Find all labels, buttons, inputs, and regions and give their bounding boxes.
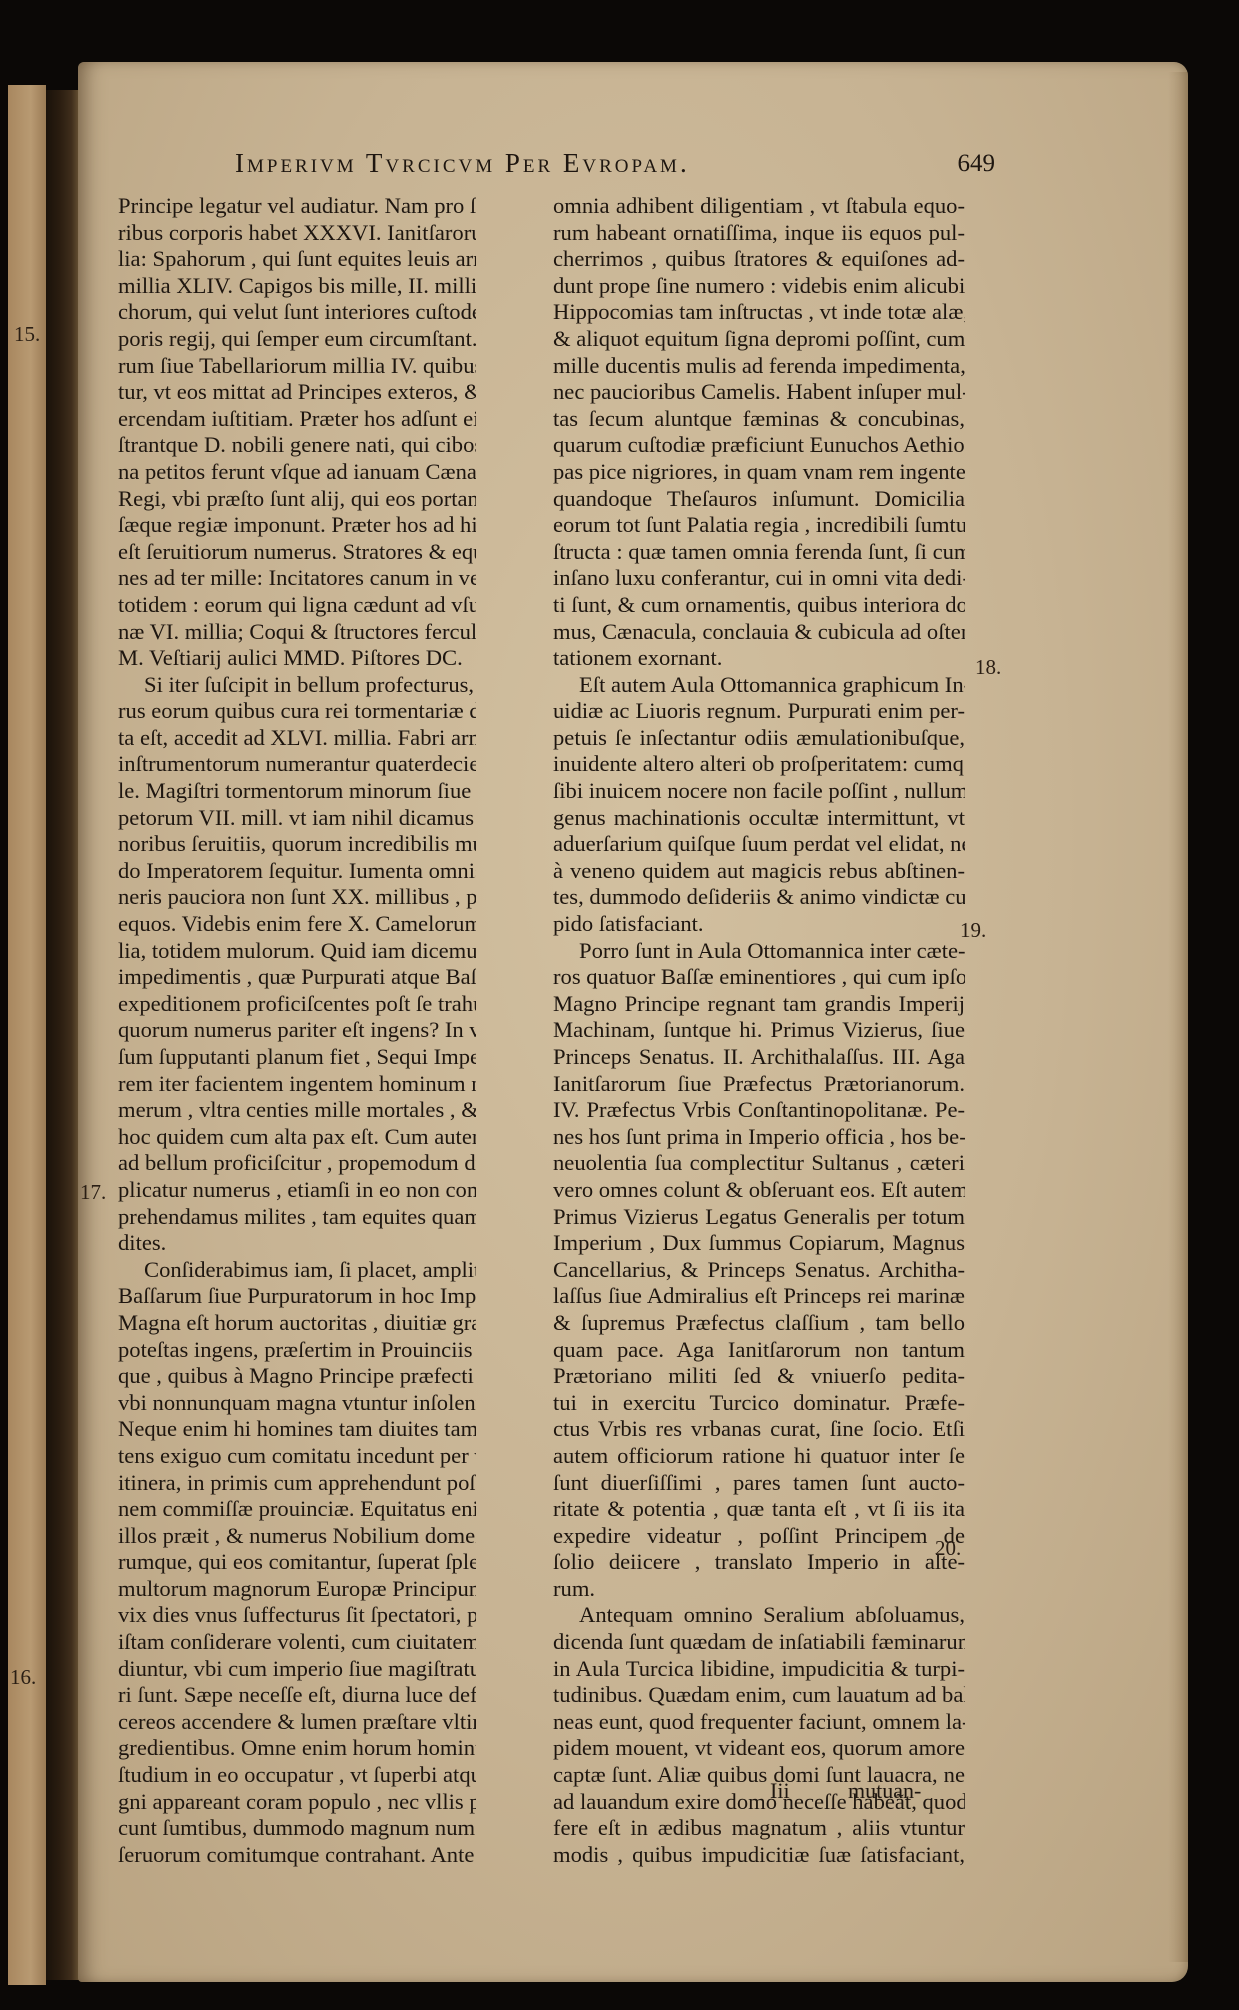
text-line: dunt prope ſine numero : videbis enim al… xyxy=(553,273,965,300)
text-line: rus eorum quibus cura rei tormentariæ de… xyxy=(118,698,476,725)
text-line: ſæque regiæ imponunt. Præter hos ad hinc… xyxy=(118,512,476,539)
text-line: tudinibus. Quædam enim, cum lauatum ad b… xyxy=(553,1682,965,1709)
catchword: mutuan- xyxy=(848,1778,921,1804)
text-line: Conſiderabimus iam, ſi placet, amplitudi… xyxy=(118,1257,476,1284)
text-line: mille ducentis mulis ad ferenda impedime… xyxy=(553,353,965,380)
text-line: aduerſarium quiſque ſuum perdat vel elid… xyxy=(553,831,965,858)
text-line: ſunt diuerſiſſimi , pares tamen ſunt auc… xyxy=(553,1470,965,1497)
text-line: poteſtas ingens, præſertim in Prouinciis… xyxy=(118,1337,476,1364)
text-line: tes, dummodo deſideriis & animo vindictæ… xyxy=(553,884,965,911)
text-line: fere eſt in ædibus magnatum , aliis vtun… xyxy=(553,1815,965,1842)
left-text-column: Principe legatur vel audiatur. Nam pro ſ… xyxy=(118,193,476,1868)
running-title: Imperivm Tvrcicvm Per Evropam. xyxy=(235,148,690,179)
text-line: totidem : eorum qui ligna cædunt ad vſum… xyxy=(118,592,476,619)
text-line: Magno Principe regnant tam grandis Imper… xyxy=(553,991,965,1018)
text-line: ſtrantque D. nobili genere nati, qui cib… xyxy=(118,432,476,459)
text-line: M. Veſtiarij aulici MMD. Piſtores DC. xyxy=(118,645,476,672)
text-line: gni appareant coram populo , nec vllis p… xyxy=(118,1789,476,1816)
text-line: ri ſunt. Sæpe neceſſe eſt, diurna luce d… xyxy=(118,1682,476,1709)
text-line: Primus Vizierus Legatus Generalis per to… xyxy=(553,1204,965,1231)
text-line: IV. Præfectus Vrbis Conſtantinopolitanæ.… xyxy=(553,1097,965,1124)
book-spine-shadow xyxy=(46,90,80,1980)
signature-mark: Iii xyxy=(770,1778,790,1804)
text-line: rem iter facientem ingentem hominum nu- xyxy=(118,1071,476,1098)
text-line: ſeruorum comitumque contrahant. Ante xyxy=(118,1842,476,1869)
text-line: Baſſarum ſiue Purpuratorum in hoc Imperi… xyxy=(118,1283,476,1310)
text-line: mus, Cænacula, conclauia & cubicula ad o… xyxy=(553,619,965,646)
text-line: rumque, qui eos comitantur, ſuperat ſple… xyxy=(118,1549,476,1576)
margin-number-15: 15. xyxy=(14,322,40,347)
text-line: multorum magnorum Europæ Principum , vt xyxy=(118,1576,476,1603)
text-line: neas eunt, quod frequenter faciunt, omne… xyxy=(553,1709,965,1736)
text-line: cherrimos , quibus ſtratores & equiſones… xyxy=(553,246,965,273)
text-line: neuolentia ſua complectitur Sultanus , c… xyxy=(553,1150,965,1177)
text-line: plicatur numerus , etiamſi in eo non com… xyxy=(118,1177,476,1204)
text-line: tui in exercitu Turcico dominatur. Præfe… xyxy=(553,1390,965,1417)
text-line: nec paucioribus Camelis. Habent inſuper … xyxy=(553,379,965,406)
text-line: ſolio deiicere , translato Imperio in al… xyxy=(553,1549,965,1576)
text-line: ros quatuor Baſſæ eminentiores , qui cum… xyxy=(553,964,965,991)
text-line: chorum, qui velut ſunt interiores cuſtod… xyxy=(118,299,476,326)
text-line: nes ad ter mille: Incitatores canum in v… xyxy=(118,565,476,592)
text-line: Ianitſarorum ſiue Præfectus Prætorianoru… xyxy=(553,1071,965,1098)
page-number: 649 xyxy=(958,150,996,178)
text-line: genus machinationis occultæ intermittunt… xyxy=(553,805,965,832)
text-line: ctus Vrbis res vrbanas curat, ſine ſocio… xyxy=(553,1416,965,1443)
text-line: itinera, in primis cum apprehendunt poſſ… xyxy=(118,1470,476,1497)
text-line: omnia adhibent diligentiam , vt ſtabula … xyxy=(553,193,965,220)
text-line: Princeps Senatus. II. Archithalaſſus. II… xyxy=(553,1044,965,1071)
text-line: rum. xyxy=(553,1576,965,1603)
text-line: ribus corporis habet XXXVI. Ianitſarorum… xyxy=(118,220,476,247)
text-line: Prætoriano militi ſed & vniuerſo pedita- xyxy=(553,1363,965,1390)
text-line: inſtrumentorum numerantur quaterdecies m… xyxy=(118,751,476,778)
text-line: uidiæ ac Liuoris regnum. Purpurati enim … xyxy=(553,698,965,725)
text-line: impedimentis , quæ Purpurati atque Baſſæ… xyxy=(118,964,476,991)
text-line: Antequam omnino Seralium abſoluamus, xyxy=(553,1602,965,1629)
running-header: Imperivm Tvrcicvm Per Evropam. 649 xyxy=(235,148,995,184)
text-line: & aliquot equitum ſigna depromi poſſint,… xyxy=(553,326,965,353)
text-line: tationem exornant. xyxy=(553,645,965,672)
text-line: Principe legatur vel audiatur. Nam pro ſ… xyxy=(118,193,476,220)
text-line: dites. xyxy=(118,1230,476,1257)
text-line: quarum cuſtodiæ præficiunt Eunuchos Aeth… xyxy=(553,432,965,459)
text-line: vero omnes colunt & obſeruant eos. Eſt a… xyxy=(553,1177,965,1204)
text-line: tens exiguo cum comitatu incedunt per vi… xyxy=(118,1443,476,1470)
text-line: vbi nonnunquam magna vtuntur inſolentia. xyxy=(118,1390,476,1417)
text-line: rum habeant ornatiſſima, inque iis equos… xyxy=(553,220,965,247)
text-line: à veneno quidem aut magicis rebus abſtin… xyxy=(553,858,965,885)
text-line: que , quibus à Magno Principe præfecti ſ… xyxy=(118,1363,476,1390)
text-line: Si iter ſuſcipit in bellum profecturus, … xyxy=(118,672,476,699)
text-line: pidem mouent, vt videant eos, quorum amo… xyxy=(553,1735,965,1762)
text-line: lia, totidem mulorum. Quid iam dicemus d… xyxy=(118,938,476,965)
text-line: cereos accendere & lumen præſtare vltimi… xyxy=(118,1709,476,1736)
text-line: iſtam conſiderare volenti, cum ciuitatem… xyxy=(118,1629,476,1656)
text-line: le. Magiſtri tormentorum minorum ſiue ſc… xyxy=(118,778,476,805)
text-line: quam pace. Aga Ianitſarorum non tantum xyxy=(553,1337,965,1364)
text-line: næ VI. millia; Coqui & ſtructores fercul… xyxy=(118,619,476,646)
text-line: noribus ſeruitiis, quorum incredibilis m… xyxy=(118,831,476,858)
text-line: merum , vltra centies mille mortales , & xyxy=(118,1097,476,1124)
text-line: ſtudium in eo occupatur , vt ſuperbi atq… xyxy=(118,1762,476,1789)
text-line: autem officiorum ratione hi quatuor inte… xyxy=(553,1443,965,1470)
text-line: Cancellarius, & Princeps Senatus. Archit… xyxy=(553,1257,965,1284)
text-line: Machinam, ſuntque hi. Primus Vizierus, ſ… xyxy=(553,1017,965,1044)
text-line: illos præit , & numerus Nobilium domeſti… xyxy=(118,1523,476,1550)
margin-number-16: 16. xyxy=(10,1665,36,1690)
text-line: Eſt autem Aula Ottomannica graphicum In- xyxy=(553,672,965,699)
text-line: ta eſt, accedit ad XLVI. millia. Fabri a… xyxy=(118,725,476,752)
text-line: do Imperatorem ſequitur. Iumenta omnis g… xyxy=(118,858,476,885)
text-line: na petitos ferunt vſque ad ianuam Cænacu… xyxy=(118,459,476,486)
previous-page-edge xyxy=(8,85,46,1985)
text-line: hoc quidem cum alta pax eſt. Cum autem xyxy=(118,1124,476,1151)
text-line: modis , quibus impudicitiæ ſuæ ſatisfaci… xyxy=(553,1842,965,1869)
right-text-column: omnia adhibent diligentiam , vt ſtabula … xyxy=(553,193,965,1868)
text-line: pas pice nigriores, in quam vnam rem ing… xyxy=(553,459,965,486)
text-line: Imperium , Dux ſummus Copiarum, Magnus xyxy=(553,1230,965,1257)
text-line: eorum tot ſunt Palatia regia , incredibi… xyxy=(553,512,965,539)
text-line: in Aula Turcica libidine, impudicitia & … xyxy=(553,1656,965,1683)
text-line: pido ſatisfaciant. xyxy=(553,911,965,938)
text-line: petuis ſe inſectantur odiis æmulationibu… xyxy=(553,725,965,752)
text-line: nem commiſſæ prouinciæ. Equitatus enim q… xyxy=(118,1496,476,1523)
text-line: quandoque Theſauros inſumunt. Domicilia xyxy=(553,486,965,513)
text-line: Neque enim hi homines tam diuites tamq; … xyxy=(118,1416,476,1443)
text-line: cunt ſumtibus, dummodo magnum numerum xyxy=(118,1815,476,1842)
text-line: inuidente altero alteri ob proſperitatem… xyxy=(553,751,965,778)
text-line: quorum numerus pariter eſt ingens? In vn… xyxy=(118,1017,476,1044)
text-line: Regi, vbi præſto ſunt alij, qui eos port… xyxy=(118,486,476,513)
text-line: laſſus ſiue Admiralius eſt Princeps rei … xyxy=(553,1283,965,1310)
text-line: expeditionem proficiſcentes poſt ſe trah… xyxy=(118,991,476,1018)
margin-number-20: 20. xyxy=(935,1536,961,1561)
text-line: dicenda ſunt quædam de inſatiabili fæmin… xyxy=(553,1629,965,1656)
text-line: Magna eſt horum auctoritas , diuitiæ gra… xyxy=(118,1310,476,1337)
text-line: vix dies vnus ſuffecturus ſit ſpectatori… xyxy=(118,1602,476,1629)
text-line: equos. Videbis enim fere X. Camelorum mi… xyxy=(118,911,476,938)
margin-number-19: 19. xyxy=(960,918,986,943)
text-line: tas ſecum aluntque fæminas & concubinas, xyxy=(553,406,965,433)
text-line: diuntur, vbi cum imperio ſiue magiſtratu… xyxy=(118,1656,476,1683)
text-line: ercendam iuſtitiam. Præter hos adſunt ei… xyxy=(118,406,476,433)
text-line: petorum VII. mill. vt iam nihil dicamus … xyxy=(118,805,476,832)
text-line: Hippocomias tam inſtructas , vt inde tot… xyxy=(553,299,965,326)
text-line: ſum ſupputanti planum fiet , Sequi Imper… xyxy=(118,1044,476,1071)
text-line: poris regij, qui ſemper eum circumſtant.… xyxy=(118,326,476,353)
text-line: & ſupremus Præfectus claſſium , tam bell… xyxy=(553,1310,965,1337)
text-line: ritate & potentia , quæ tanta eſt , vt ſ… xyxy=(553,1496,965,1523)
text-line: inſano luxu conferantur, cui in omni vit… xyxy=(553,565,965,592)
text-line: expedire videatur , poſſint Principem de xyxy=(553,1523,965,1550)
text-line: ad bellum proficiſcitur , propemodum du- xyxy=(118,1150,476,1177)
text-line: neris pauciora non ſunt XX. millibus , p… xyxy=(118,884,476,911)
text-line: tur, vt eos mittat ad Principes exteros,… xyxy=(118,379,476,406)
text-line: millia XLIV. Capigos bis mille, II. mill… xyxy=(118,273,476,300)
text-line: ſibi inuicem nocere non facile poſſint ,… xyxy=(553,778,965,805)
text-line: ti ſunt, & cum ornamentis, quibus interi… xyxy=(553,592,965,619)
text-line: Porro ſunt in Aula Ottomannica inter cæt… xyxy=(553,938,965,965)
text-line: prehendamus milites , tam equites quam p… xyxy=(118,1204,476,1231)
text-line: eſt ſeruitiorum numerus. Stratores & equ… xyxy=(118,539,476,566)
text-line: lia: Spahorum , qui ſunt equites leuis a… xyxy=(118,246,476,273)
margin-number-18: 18. xyxy=(975,655,1001,680)
text-line: nes hos ſunt prima in Imperio officia , … xyxy=(553,1124,965,1151)
text-line: rum ſiue Tabellariorum millia IV. quibus… xyxy=(118,353,476,380)
margin-number-17: 17. xyxy=(80,1180,106,1205)
text-line: gredientibus. Omne enim horum hominum xyxy=(118,1735,476,1762)
text-line: ſtructa : quæ tamen omnia ferenda ſunt, … xyxy=(553,539,965,566)
